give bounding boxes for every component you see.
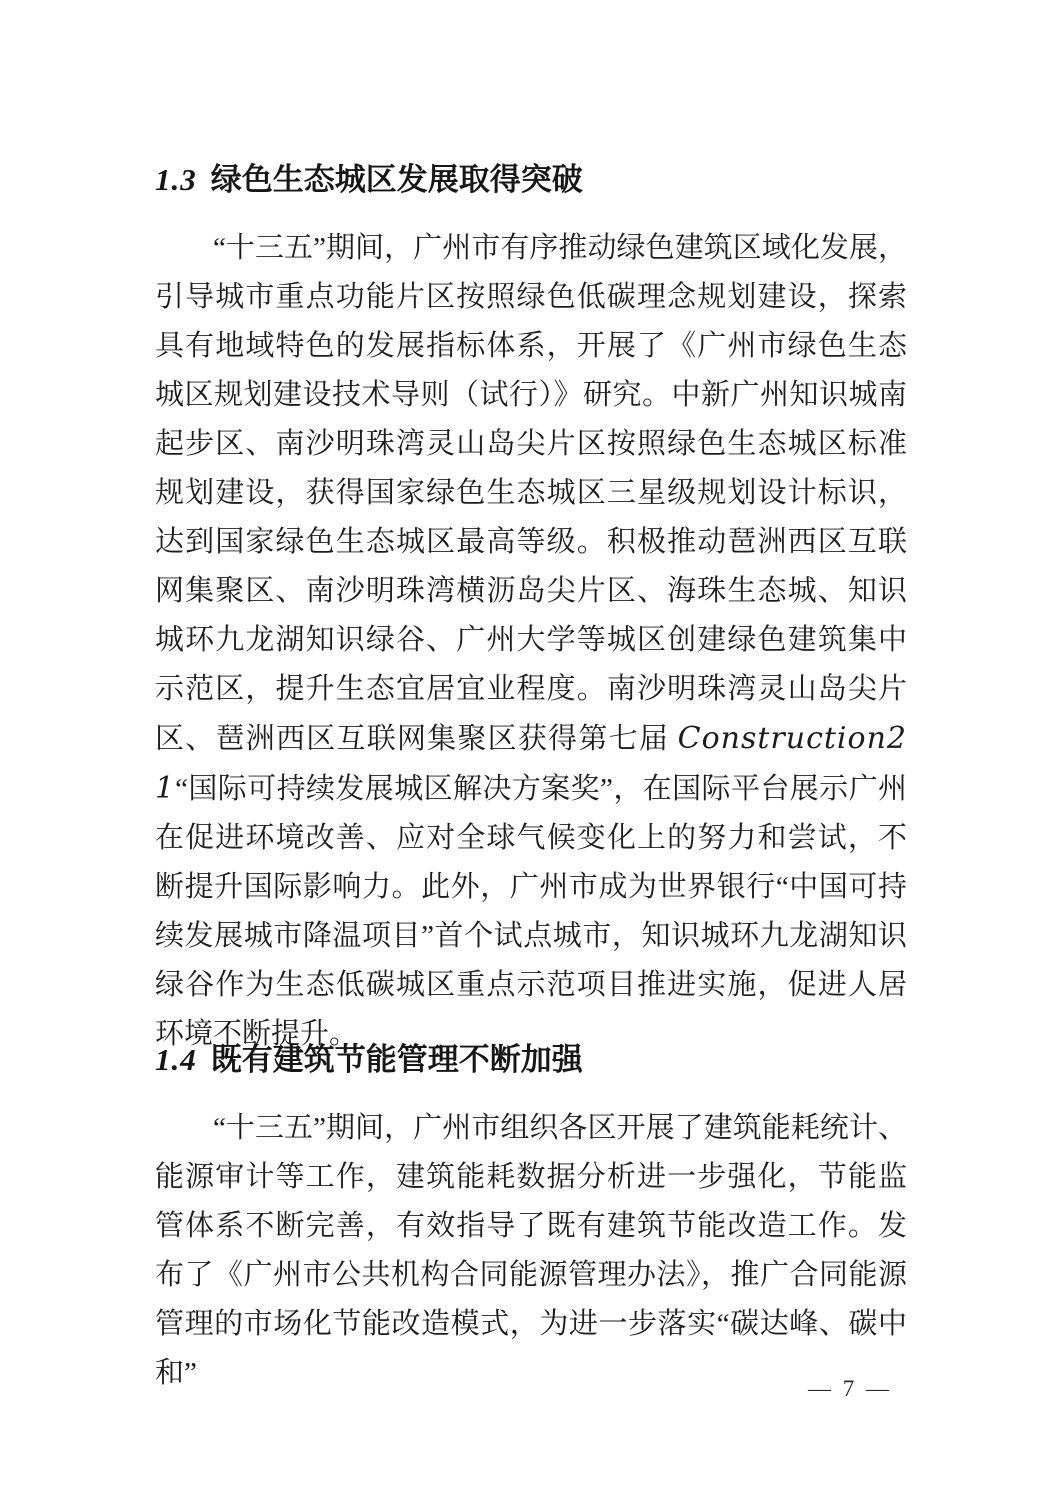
section-heading-1-3: 1.3绿色生态城区发展取得突破 [155,160,915,200]
paragraph-text: “十三五”期间，广州市组织各区开展了建筑能耗统计、能源审计等工作，建筑能耗数据分… [155,1112,907,1389]
section-title: 绿色生态城区发展取得突破 [211,162,583,197]
section-1-4-paragraph: “十三五”期间，广州市组织各区开展了建筑能耗统计、能源审计等工作，建筑能耗数据分… [155,1104,907,1398]
section-1-3-paragraph: “十三五”期间，广州市有序推动绿色建筑区域化发展，引导城市重点功能片区按照绿色低… [155,224,907,1059]
section-title: 既有建筑节能管理不断加强 [211,1042,583,1077]
section-number: 1.4 [155,1042,197,1077]
section-number: 1.3 [155,162,197,197]
paragraph-text-lead: “十三五”期间，广州市有序推动绿色建筑区域化发展，引导城市重点功能片区按照绿色低… [155,232,907,755]
section-heading-1-4: 1.4既有建筑节能管理不断加强 [155,1040,915,1080]
paragraph-text-tail: “国际可持续发展城区解决方案奖”，在国际平台展示广州在促进环境改善、应对全球气候… [155,773,907,1050]
page-number: — 7 — [808,1376,892,1402]
document-page: 1.3绿色生态城区发展取得突破 “十三五”期间，广州市有序推动绿色建筑区域化发展… [0,0,1050,1485]
